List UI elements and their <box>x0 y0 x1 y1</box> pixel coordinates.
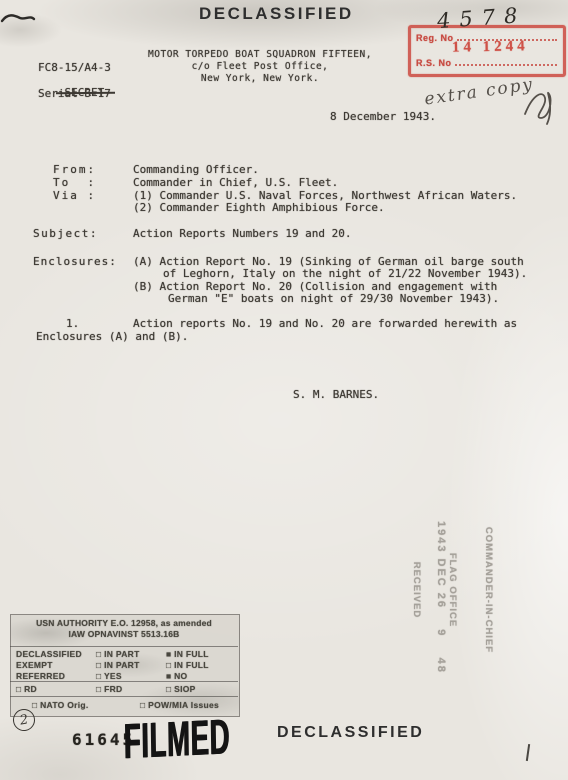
to-value: Commander in Chief, U.S. Fleet. <box>133 177 338 189</box>
serial-number: Serial S-17 <box>38 88 111 100</box>
date-line: 8 December 1943. <box>330 111 436 123</box>
page-note-value: 2 <box>19 712 30 728</box>
rs-no-row: R.S. No <box>416 58 559 68</box>
body-line1: Action reports No. 19 and No. 20 are for… <box>133 318 517 330</box>
rs-no-label: R.S. No <box>416 58 452 68</box>
signature: S. M. BARNES. <box>293 389 379 401</box>
stamp-divider <box>10 681 238 682</box>
received-stamp-line2: FLAG OFFICE <box>446 524 458 656</box>
declass-row3-label: REFERRED <box>16 671 65 681</box>
body-line2: Enclosures (A) and (B). <box>36 331 188 343</box>
letterhead: MOTOR TORPEDO BOAT SQUADRON FIFTEEN, c/o… <box>135 49 385 85</box>
letterhead-line2: c/o Fleet Post Office, <box>135 61 385 73</box>
declass-header-line2: IAW OPNAVINST 5513.16B <box>10 629 238 639</box>
declass-rd-checkbox: □ RD <box>16 684 37 694</box>
handwritten-mark-icon <box>0 10 36 26</box>
declass-row3-yes-checkbox: □ YES <box>96 671 122 681</box>
handwritten-initials-icon <box>519 84 563 128</box>
from-label: From: <box>53 164 96 176</box>
declass-frd-checkbox: □ FRD <box>96 684 122 694</box>
subject-value: Action Reports Numbers 19 and 20. <box>133 228 352 240</box>
declass-row1-label: DECLASSIFIED <box>16 649 82 659</box>
declass-row2-infull-checkbox: □ IN FULL <box>166 660 209 670</box>
enclosures-label: Enclosures: <box>33 256 117 268</box>
declass-row1-infull-checkbox: ■ IN FULL <box>166 649 209 659</box>
declass-row2-label: EXEMPT <box>16 660 53 670</box>
enclosure-a-line2: of Leghorn, Italy on the night of 21/22 … <box>163 268 527 280</box>
stamp-divider <box>10 696 238 697</box>
via-label: Via : <box>53 190 96 202</box>
declass-nato-checkbox: □ NATO Orig. <box>32 700 89 710</box>
enclosure-b-line2: German "E" boats on night of 29/30 Novem… <box>168 293 499 305</box>
stamp-divider <box>10 646 238 647</box>
to-label: To : <box>53 177 96 189</box>
declass-header-line1: USN AUTHORITY E.O. 12958, as amended <box>10 618 238 628</box>
declass-row3-no-checkbox: ■ NO <box>166 671 187 681</box>
pen-stroke-mark <box>526 744 530 761</box>
stamped-rs-number: 14 1244 <box>452 38 529 56</box>
declass-row2-inpart-checkbox: □ IN PART <box>96 660 140 670</box>
declass-row1-inpart-checkbox: □ IN PART <box>96 649 140 659</box>
declass-siop-checkbox: □ SIOP <box>166 684 196 694</box>
received-office-stamp: COMMANDER-IN-CHIEF FLAG OFFICE RECEIVED <box>386 524 518 656</box>
paragraph-number: 1. <box>66 318 79 330</box>
dotted-leader <box>455 63 557 66</box>
received-stamp-line1: COMMANDER-IN-CHIEF <box>482 524 494 656</box>
via-value-2: (2) Commander Eighth Amphibious Force. <box>133 202 385 214</box>
received-stamp-line3: RECEIVED <box>410 524 422 656</box>
subject-label: Subject: <box>33 228 98 240</box>
filmed-stamp: FILMED <box>123 707 230 770</box>
letterhead-line1: MOTOR TORPEDO BOAT SQUADRON FIFTEEN, <box>135 49 385 61</box>
letterhead-line3: New York, New York. <box>135 73 385 85</box>
file-number: FC8-15/A4-3 <box>38 62 111 74</box>
declassified-banner-bottom: DECLASSIFIED <box>277 724 424 742</box>
from-value: Commanding Officer. <box>133 164 259 176</box>
reg-no-label: Reg. No <box>416 33 454 43</box>
declassified-banner-top: DECLASSIFIED <box>199 4 354 24</box>
document-scan: DECLASSIFIED DECLASSIFIED Reg. No R.S. N… <box>0 0 568 780</box>
